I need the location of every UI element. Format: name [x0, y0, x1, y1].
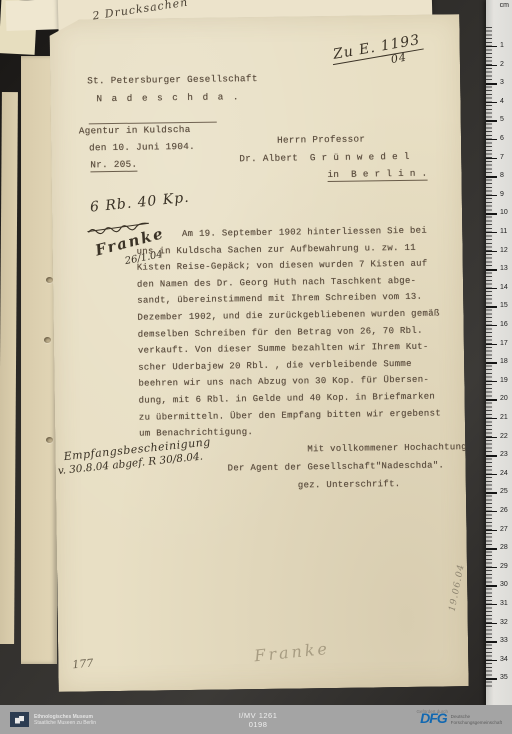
ruler-number: 30 [500, 581, 508, 588]
underlying-page-edge-far [0, 92, 18, 644]
funding-label: Gefördert durch [416, 709, 448, 714]
recipient-city: in B e r l i n . [327, 168, 427, 182]
ruler-cm-tick: 11 [486, 232, 497, 233]
ruler-cm-tick: 27 [486, 530, 497, 531]
ruler-number: 24 [500, 470, 508, 477]
ruler-cm-tick: 6 [486, 139, 497, 140]
ruler-number: 18 [500, 358, 508, 365]
ruler-cm-tick: 2 [486, 65, 497, 66]
recipient-salutation: Herrn Professor [277, 133, 365, 145]
museum-identity: Ethnologisches Museum Staatliche Museen … [10, 712, 96, 727]
ruler-cm-tick: 13 [486, 269, 497, 270]
ruler-number: 13 [500, 265, 508, 272]
ruler-number: 27 [500, 526, 508, 533]
dfg-block: DFG Deutsche Forschungsgemeinschaft [420, 712, 502, 727]
date-line: den 10. Juni 1904. [89, 141, 195, 153]
ruler-cm-tick: 24 [486, 474, 497, 475]
ruler-cm-tick: 29 [486, 567, 497, 568]
ruler-cm-tick: 18 [486, 362, 497, 363]
ruler-number: 4 [500, 98, 504, 105]
scan-number: 0198 [239, 720, 278, 729]
ruler-number: 3 [500, 79, 504, 86]
ruler-number: 32 [500, 619, 508, 626]
archive-scan-photo: 2 Drucksachen Juni 1904 Zu E. 1193 04 St… [0, 0, 512, 734]
ruler-number: 28 [500, 544, 508, 551]
pencil-side-date: 19.06.04 [448, 563, 467, 612]
sender-name: N a d e s c h d a . [96, 91, 240, 104]
agency-line: Agentur in Kuldscha [79, 124, 191, 137]
ruler-cm-tick: 23 [486, 455, 497, 456]
pencil-signature: Franke [253, 639, 330, 666]
ruler-cm-tick: 1 [486, 46, 497, 47]
museum-logo [10, 712, 29, 727]
footer-bar: Ethnologisches Museum Staatliche Museen … [0, 705, 512, 734]
ruler-cm-tick: 28 [486, 548, 497, 549]
reference-number: Nr. 205. [90, 159, 137, 173]
closing-signed-line: gez. Unterschrift. [298, 479, 401, 490]
ruler-number: 2 [500, 61, 504, 68]
ruler-number: 11 [500, 228, 507, 235]
ruler-number: 29 [500, 563, 508, 570]
ruler-number: 5 [500, 116, 504, 123]
ruler-cm-tick: 17 [486, 344, 497, 345]
museum-text: Ethnologisches Museum Staatliche Museen … [34, 714, 96, 726]
ruler-number: 1 [500, 42, 504, 49]
ruler-number: 23 [500, 451, 508, 458]
ruler-number: 26 [500, 507, 508, 514]
dfg-name: Deutsche Forschungsgemeinschaft [451, 714, 502, 725]
ruler-number: 10 [500, 209, 508, 216]
letter-body: Am 19. September 1902 hinterliessen Sie … [136, 225, 461, 445]
ruler-unit-label: cm [500, 2, 509, 9]
ruler-cm-tick: 22 [486, 437, 497, 438]
ruler-number: 7 [500, 154, 504, 161]
ruler-cm-tick: 31 [486, 604, 497, 605]
ruler-number: 14 [500, 284, 508, 291]
museum-parent-org: Staatliche Museen zu Berlin [34, 720, 96, 726]
binding-hole [44, 337, 51, 343]
ruler-cm-tick: 16 [486, 325, 497, 326]
ruler-number: 25 [500, 488, 508, 495]
ruler-cm-tick: 35 [486, 678, 497, 679]
ruler-cm-tick: 14 [486, 288, 497, 289]
shelfmark: I/MV 1261 [239, 711, 278, 720]
shelfmark-block: I/MV 1261 0198 [239, 711, 278, 729]
ruler-cm-tick: 19 [486, 381, 497, 382]
ruler-number: 21 [500, 414, 508, 421]
ruler-cm-tick: 30 [486, 585, 497, 586]
ruler-number: 35 [500, 674, 508, 681]
ruler-number: 31 [500, 600, 508, 607]
ruler-cm-tick: 32 [486, 623, 497, 624]
pencil-page-number: 177 [72, 657, 94, 672]
ruler-mm-ticks [486, 27, 492, 688]
closing-signature-line: Der Agent der Gesellschaft"Nadeschda". [228, 460, 445, 473]
ruler-cm-tick: 15 [486, 306, 497, 307]
museum-name: Ethnologisches Museum [34, 714, 96, 720]
sender-company: St. Petersburger Gesellschaft [87, 73, 258, 86]
ruler-number: 17 [500, 340, 508, 347]
recipient-name: Dr. Albert G r ü n w e d e l [239, 151, 410, 164]
ruler-number: 12 [500, 247, 508, 254]
binding-hole [46, 277, 53, 283]
ruler-number: 6 [500, 135, 504, 142]
paper-fragment-top-left-b [5, 0, 64, 31]
ruler-cm-tick: 8 [486, 176, 497, 177]
ruler-cm-tick: 25 [486, 492, 497, 493]
ruler-cm-tick: 34 [486, 660, 497, 661]
cm-ruler: cm 1234567891011121314151617181920212223… [486, 0, 512, 706]
ruler-cm-tick: 20 [486, 399, 497, 400]
ruler-number: 19 [500, 377, 508, 384]
ruler-number: 20 [500, 395, 508, 402]
ruler-cm-tick: 10 [486, 213, 497, 214]
ruler-cm-tick: 33 [486, 641, 497, 642]
ruler-number: 9 [500, 191, 504, 198]
ruler-cm-tick: 12 [486, 251, 497, 252]
file-number-handwriting: Zu E. 1193 04 [330, 32, 426, 76]
margin-amount-note: 6 Rb. 40 Kp. [89, 190, 190, 216]
ruler-number: 16 [500, 321, 508, 328]
ruler-number: 34 [500, 656, 508, 663]
ruler-number: 8 [500, 172, 504, 179]
ruler-number: 33 [500, 637, 508, 644]
ruler-number: 22 [500, 433, 508, 440]
ruler-number: 15 [500, 302, 508, 309]
ruler-cm-tick: 9 [486, 195, 497, 196]
closing-salutation: Mit vollkommener Hochachtung [307, 442, 467, 454]
letter-page: Zu E. 1193 04 St. Petersburger Gesellsch… [49, 14, 468, 692]
museum-logo-glyph [15, 716, 24, 724]
ruler-cm-tick: 3 [486, 83, 497, 84]
ruler-cm-tick: 26 [486, 511, 497, 512]
ruler-cm-tick: 21 [486, 418, 497, 419]
binding-hole [46, 437, 53, 443]
ruler-cm-tick: 7 [486, 158, 497, 159]
ruler-cm-tick: 5 [486, 120, 497, 121]
dfg-name-line2: Forschungsgemeinschaft [451, 720, 502, 725]
ruler-cm-tick: 4 [486, 102, 497, 103]
